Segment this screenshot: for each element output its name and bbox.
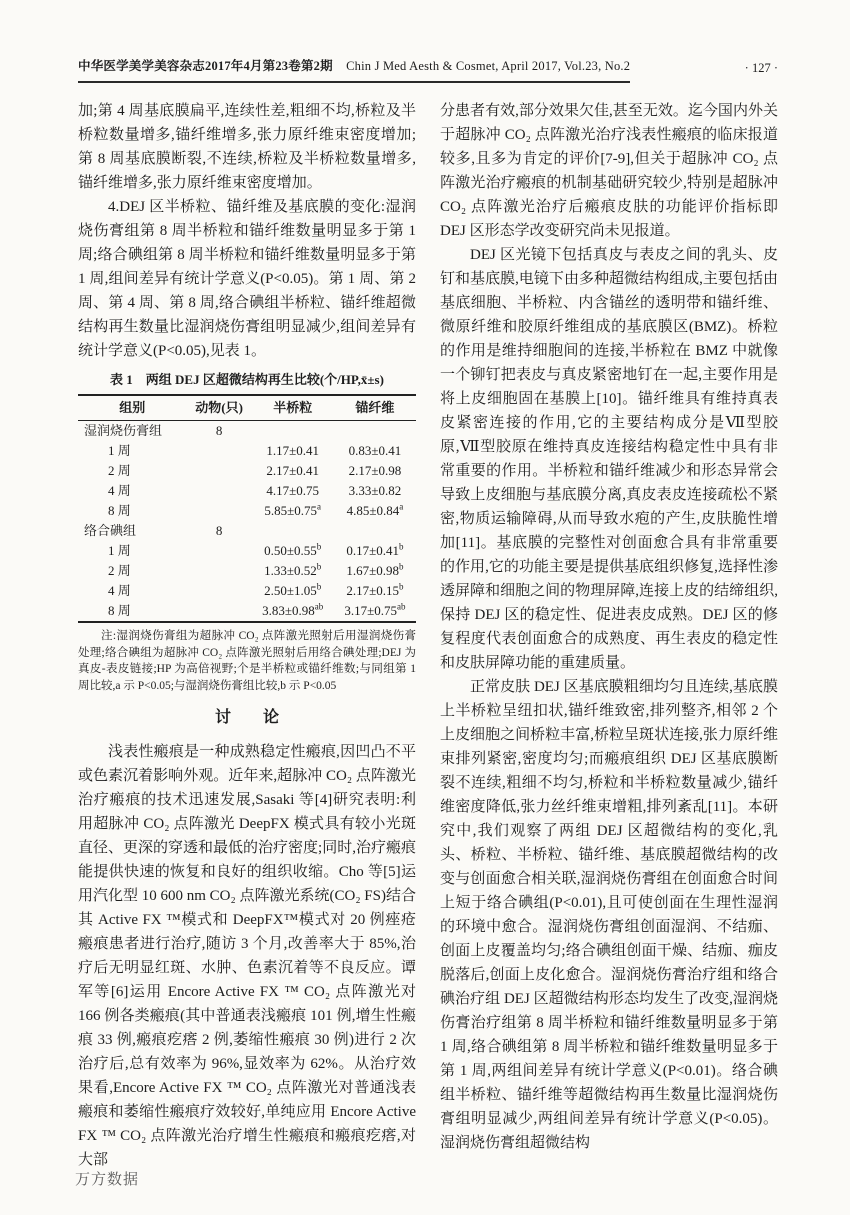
paragraph: 正常皮肤 DEJ 区基底膜粗细均匀且连续,基底膜上半桥粒呈纽扣状,锚纤维致密,排… <box>440 675 778 1155</box>
right-column: 分患者有效,部分效果欠佳,甚至无效。迄今国内外关于超脉冲 CO₂ 点阵激光治疗浅… <box>440 99 778 1172</box>
journal-title-en: Chin J Med Aesth & Cosmet, April 2017, V… <box>346 59 630 73</box>
discussion-heading: 讨 论 <box>78 706 416 730</box>
col-header-anchor-fibril: 锚纤维 <box>334 395 416 421</box>
results-table: 组别 动物(只) 半桥粒 锚纤维 湿润烧伤膏组 8 <box>78 394 416 623</box>
paragraph: 分患者有效,部分效果欠佳,甚至无效。迄今国内外关于超脉冲 CO₂ 点阵激光治疗浅… <box>440 99 778 243</box>
table-row: 1 周 1.17±0.41 0.83±0.41 <box>78 441 416 461</box>
table-row: 8 周 5.85±0.75a 4.85±0.84a <box>78 501 416 521</box>
col-header-group: 组别 <box>78 395 186 421</box>
table-caption: 表 1 两组 DEJ 区超微结构再生比较(个/HP,x̄±s) <box>78 371 416 389</box>
table-row: 湿润烧伤膏组 8 <box>78 421 416 442</box>
paragraph: 浅表性瘢痕是一种成熟稳定性瘢痕,因凹凸不平或色素沉着影响外观。近年来,超脉冲 C… <box>78 740 416 1172</box>
col-header-hemidesmosome: 半桥粒 <box>252 395 334 421</box>
journal-title: 中华医学美学美容杂志2017年4月第23卷第2期 Chin J Med Aest… <box>78 56 630 83</box>
left-column: 加;第 4 周基底膜扁平,连续性差,粗细不均,桥粒及半桥粒数量增多,锚纤维增多,… <box>78 99 416 1172</box>
table-row: 4 周 4.17±0.75 3.33±0.82 <box>78 481 416 501</box>
table-row: 8 周 3.83±0.98ab 3.17±0.75ab <box>78 601 416 622</box>
journal-page: 中华医学美学美容杂志2017年4月第23卷第2期 Chin J Med Aest… <box>0 0 850 1215</box>
paragraph: 加;第 4 周基底膜扁平,连续性差,粗细不均,桥粒及半桥粒数量增多,锚纤维增多,… <box>78 99 416 195</box>
table-note: 注:湿润烧伤膏组为超脉冲 CO₂ 点阵激光照射后用湿润烧伤膏处理;络合碘组为超脉… <box>78 628 416 694</box>
table-row: 4 周 2.50±1.05b 2.17±0.15b <box>78 581 416 601</box>
page-header: 中华医学美学美容杂志2017年4月第23卷第2期 Chin J Med Aest… <box>0 0 850 83</box>
table-row: 络合碘组 8 <box>78 521 416 541</box>
wanfang-watermark: 万方数据 <box>75 1168 139 1189</box>
page-number: · 127 · <box>727 61 778 83</box>
article-body: 加;第 4 周基底膜扁平,连续性差,粗细不均,桥粒及半桥粒数量增多,锚纤维增多,… <box>0 83 850 1172</box>
paragraph: DEJ 区光镜下包括真皮与表皮之间的乳头、皮钉和基底膜,电镜下由多种超微结构组成… <box>440 243 778 675</box>
journal-title-cn: 中华医学美学美容杂志2017年4月第23卷第2期 <box>78 59 333 73</box>
table-1: 表 1 两组 DEJ 区超微结构再生比较(个/HP,x̄±s) 组别 动物(只)… <box>78 371 416 694</box>
col-header-animals: 动物(只) <box>186 395 251 421</box>
table-header-row: 组别 动物(只) 半桥粒 锚纤维 <box>78 395 416 421</box>
paragraph: 4.DEJ 区半桥粒、锚纤维及基底膜的变化:湿润烧伤膏组第 8 周半桥粒和锚纤维… <box>78 195 416 363</box>
table-row: 1 周 0.50±0.55b 0.17±0.41b <box>78 541 416 561</box>
table-row: 2 周 1.33±0.52b 1.67±0.98b <box>78 561 416 581</box>
table-row: 2 周 2.17±0.41 2.17±0.98 <box>78 461 416 481</box>
